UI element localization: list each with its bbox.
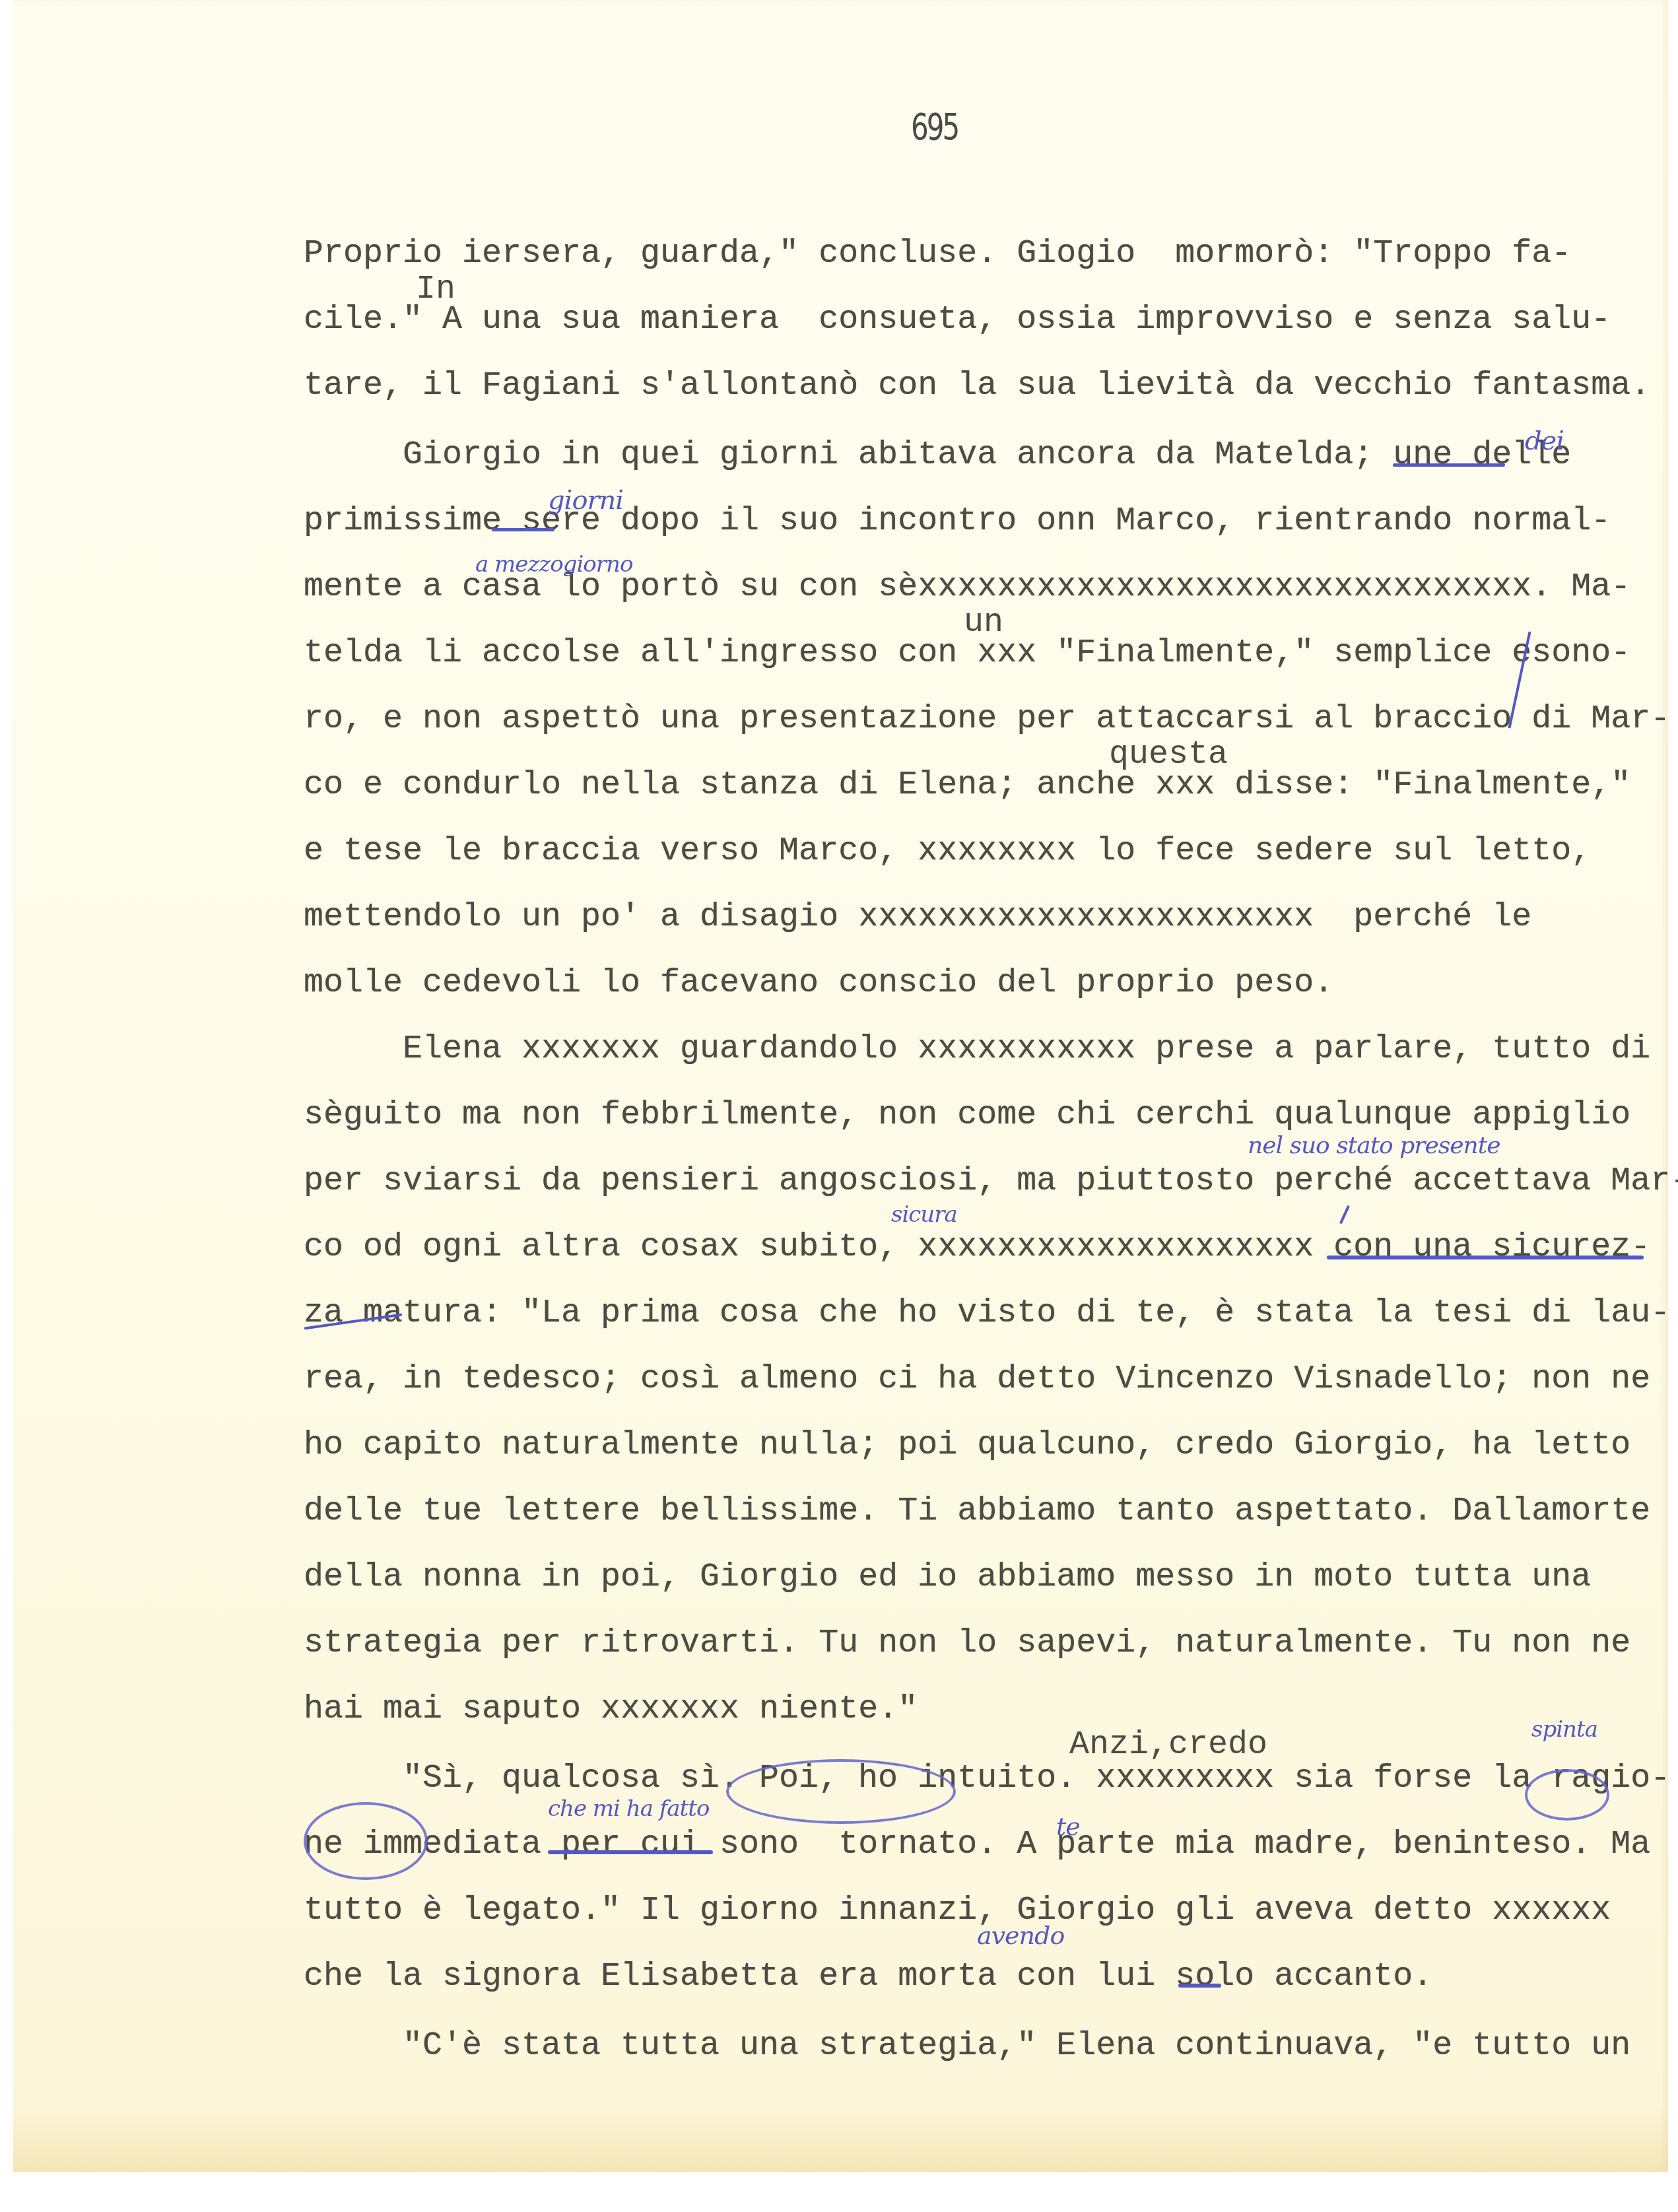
text-line: mettendolo un po' a disagio xxxxxxxxxxxx… xyxy=(304,898,1531,937)
text-line: co od ogni altra cosax subito, xxxxxxxxx… xyxy=(304,1228,1650,1267)
text-line: "C'è stata tutta una strategia," Elena c… xyxy=(403,2027,1630,2066)
handwritten-note: giorni xyxy=(548,485,623,516)
text-line: che la signora Elisabetta era morta con … xyxy=(304,1957,1432,1997)
handwritten-note: dei xyxy=(1525,426,1564,456)
handwritten-note: te xyxy=(1056,1812,1080,1841)
text-line: sèguito ma non febbrilmente, non come ch… xyxy=(304,1096,1630,1135)
text-line: e tese le braccia verso Marco, xxxxxxxx … xyxy=(304,832,1591,871)
handwritten-note: sicura xyxy=(891,1201,957,1228)
text-line: hai mai saputo xxxxxxx niente." xyxy=(304,1690,918,1729)
text-line: strategia per ritrovarti. Tu non lo sape… xyxy=(304,1624,1630,1663)
text-line: Proprio iersera, guarda," concluse. Giog… xyxy=(304,234,1571,274)
text-line: cile." A una sua maniera consueta, ossia… xyxy=(304,300,1611,340)
text-line: co e condurlo nella stanza di Elena; anc… xyxy=(304,766,1630,805)
handwritten-note: che mi ha fatto xyxy=(548,1795,709,1822)
text-line: delle tue lettere bellissime. Ti abbiamo… xyxy=(304,1492,1650,1531)
text-line: primissime sere dopo il suo incontro onn… xyxy=(304,502,1611,541)
text-line: tare, il Fagiani s'allontanò con la sua … xyxy=(304,366,1650,406)
strike-mark xyxy=(548,1850,713,1854)
text-line: "Sì, qualcosa sì. Poi, ho intuito. xxxxx… xyxy=(403,1759,1670,1799)
scribble-deletion xyxy=(1525,1769,1609,1821)
text-line: della nonna in poi, Giorgio ed io abbiam… xyxy=(304,1558,1591,1597)
caret-mark xyxy=(1339,1205,1350,1224)
handwritten-note: spinta xyxy=(1531,1716,1597,1743)
text-line: molle cedevoli lo facevano conscio del p… xyxy=(304,964,1333,1003)
text-line: Elena xxxxxxx guardandolo xxxxxxxxxxx pr… xyxy=(403,1030,1650,1069)
text-line: ho capito naturalmente nulla; poi qualcu… xyxy=(304,1426,1630,1465)
strike-mark xyxy=(1178,1984,1221,1988)
typed-insertion: Anzi,credo xyxy=(1069,1726,1267,1764)
strike-mark xyxy=(1393,463,1505,467)
strike-mark xyxy=(1327,1256,1644,1259)
handwritten-note: avendo xyxy=(977,1921,1064,1950)
text-line: Giorgio in quei giorni abitava ancora da… xyxy=(403,436,1571,475)
manuscript-page: 695 Proprio iersera, guarda," concluse. … xyxy=(13,0,1668,2172)
text-line: ro, e non aspettò una presentazione per … xyxy=(304,700,1670,739)
text-line: za matura: "La prima cosa che ho visto d… xyxy=(304,1294,1670,1333)
text-line: ne immediata per cui sono tornato. A par… xyxy=(304,1825,1650,1865)
text-line: per sviarsi da pensieri angosciosi, ma p… xyxy=(304,1162,1678,1201)
handwritten-note: a mezzogiorno xyxy=(475,551,632,578)
typed-insertion: In xyxy=(416,271,455,308)
typed-insertion: un xyxy=(964,604,1003,642)
page-number: 695 xyxy=(911,106,958,149)
text-line: rea, in tedesco; così almeno ci ha detto… xyxy=(304,1360,1650,1399)
strike-mark xyxy=(492,528,554,531)
handwritten-note: nel suo stato presente xyxy=(1248,1132,1500,1159)
scribble-deletion xyxy=(726,1759,956,1824)
scribble-deletion xyxy=(304,1802,428,1880)
text-line: tutto è legato." Il giorno innanzi, Gior… xyxy=(304,1891,1611,1931)
typed-insertion: questa xyxy=(1109,736,1228,774)
